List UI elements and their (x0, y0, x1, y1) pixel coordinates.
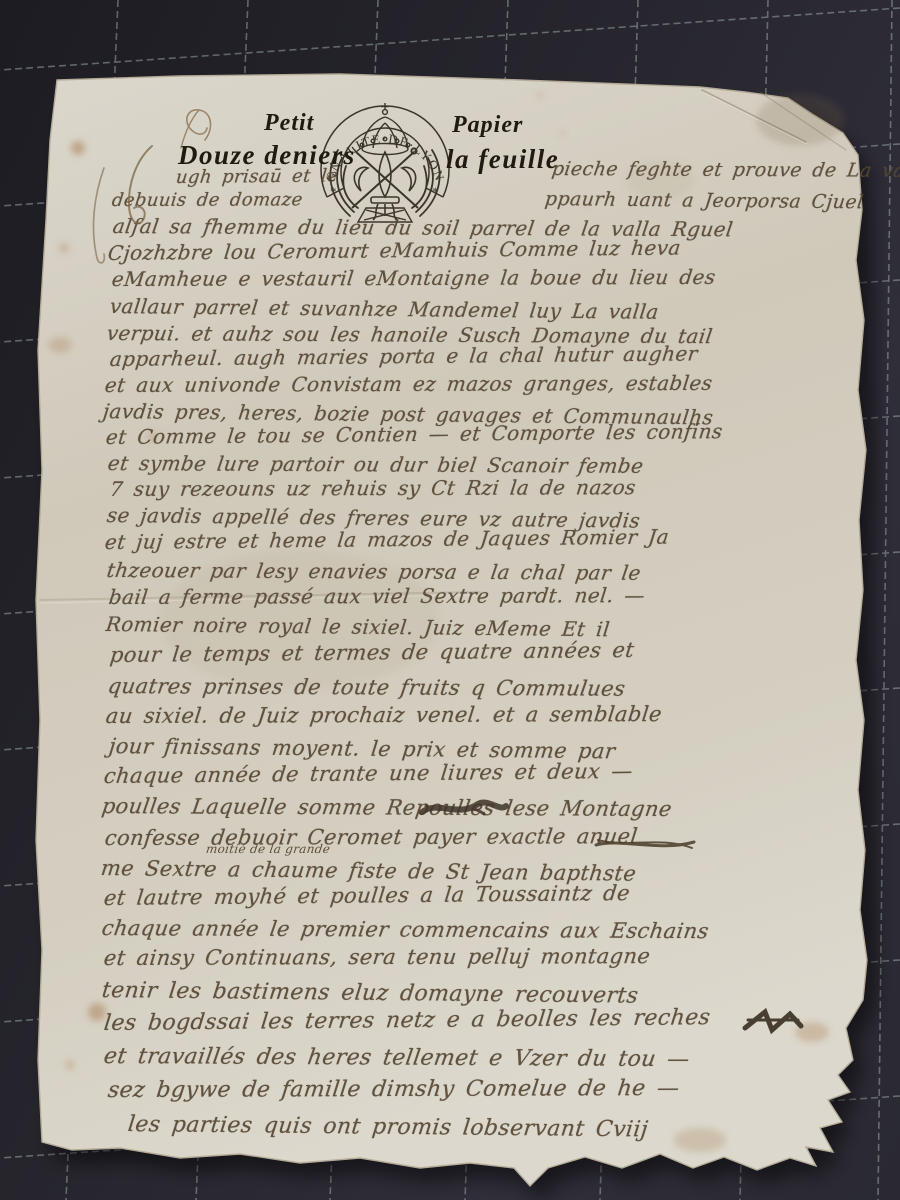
manuscript-line: et travaillés des heres tellemet e Vzer … (102, 1044, 691, 1072)
manuscript-line: chaque année de trante une liures et deu… (103, 759, 635, 788)
manuscript-line: sez bgywe de famille dimshy Comelue de h… (107, 1076, 681, 1103)
manuscript-line: et Comme le tou se Contien — et Comporte… (105, 419, 724, 449)
manuscript-line: et aux univonde Convistam ez mazos grang… (104, 371, 714, 397)
interlinear-insertion: moitié de la grande (205, 842, 331, 856)
manuscript-line: et juj estre et heme la mazos de Jaques … (104, 525, 671, 554)
manuscript-line: tenir les bastimens eluz domayne recouve… (101, 978, 640, 1009)
manuscript-line: et lautre moyhé et poulles a la Toussain… (103, 881, 632, 910)
photographed-manuscript-scene: GÑALITE·DE·LYON * * (0, 0, 900, 1200)
manuscript-line: poulles Laquelle somme Repoulles lese Mo… (100, 794, 673, 821)
manuscript-line: quatres prinses de toute fruits q Commul… (106, 674, 627, 701)
manuscript-line: les parties quis ont promis lobservant C… (127, 1112, 650, 1142)
manuscript-line: ugh prisaū et le (175, 165, 340, 188)
manuscript-line: eMamheue e vestauril eMontaigne la boue … (111, 265, 718, 291)
header-word-petit: Petit (264, 110, 314, 137)
text-layer: Petit Papier Douze deniers la feuille ug… (0, 0, 900, 1200)
manuscript-line: pieche feghte et prouve de La valla (550, 158, 900, 182)
tax-line-right: la feuille (446, 144, 559, 175)
manuscript-line: au sixiel. de Juiz prochaiz venel. et a … (105, 702, 664, 728)
manuscript-line: et ainsy Continuans, sera tenu pelluj mo… (103, 944, 652, 970)
manuscript-line: vallaur parrel et suvanhze Mandemel luy … (109, 294, 661, 324)
header-word-papier: Papier (452, 112, 523, 139)
manuscript-line: apparheul. augh maries porta e la chal h… (109, 341, 699, 371)
manuscript-line: ppaurh uant a Jeorporsa Cjuel (544, 188, 865, 213)
manuscript-line: pour le temps et termes de quatre années… (109, 638, 636, 667)
manuscript-line: confesse debuoir Ceromet payer exactle a… (104, 824, 640, 850)
manuscript-line: thzeouer par lesy enavies porsa e la cha… (105, 558, 642, 585)
manuscript-line: 7 suy rezeouns uz rehuis sy Ct Rzi la de… (109, 475, 638, 501)
manuscript-line: et symbe lure partoir ou dur biel Scanoi… (106, 451, 645, 478)
manuscript-line: chaque année le premier commencains aux … (100, 916, 710, 943)
manuscript-line: bail a ferme passé aux viel Sextre pardt… (108, 583, 647, 609)
manuscript-line: les bogdssai les terres netz e a beolles… (103, 1005, 712, 1036)
manuscript-line: Romier noire royal le sixiel. Juiz eMeme… (105, 612, 612, 641)
manuscript-line: Cjozhzbre lou Ceromurt eMamhuis Comme lu… (107, 236, 683, 265)
manuscript-line: debuuis de domaze (111, 189, 304, 211)
